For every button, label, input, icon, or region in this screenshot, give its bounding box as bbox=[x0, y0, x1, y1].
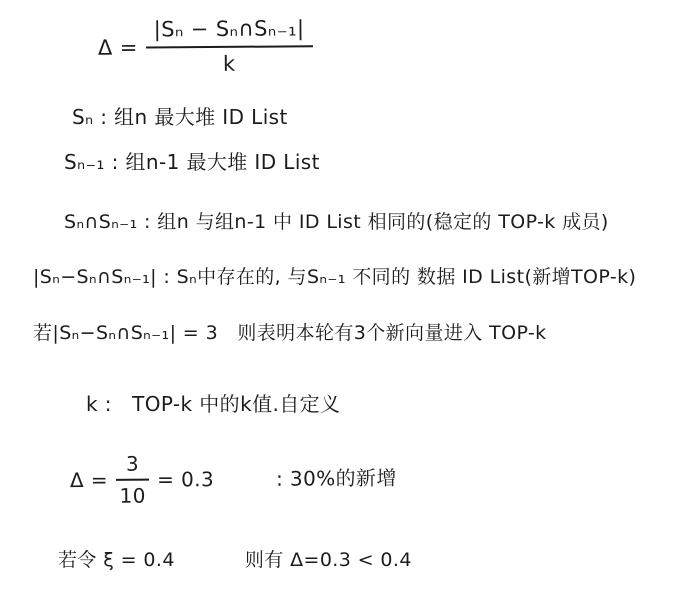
threshold-assumption: 若令 ξ = 0.4 bbox=[58, 548, 175, 573]
definition-k: k : TOP-k 中的k值.自定义 bbox=[86, 391, 340, 417]
handwritten-note-page: Δ = |Sₙ − Sₙ∩Sₙ₋₁| k Sₙ : 组n 最大堆 ID List… bbox=[0, 0, 689, 614]
example-lhs: Δ = bbox=[70, 467, 108, 493]
definition-sn-minus-1: Sₙ₋₁ : 组n-1 最大堆 ID List bbox=[64, 149, 320, 175]
definition-difference: |Sₙ−Sₙ∩Sₙ₋₁| : Sₙ中存在的, 与Sₙ₋₁ 不同的 数据 ID L… bbox=[33, 265, 636, 290]
example-calculation: Δ = 3 10 = 0.3 : 30%的新增 bbox=[70, 449, 397, 509]
definition-intersection: Sₙ∩Sₙ₋₁ : 组n 与组n-1 中 ID List 相同的(稳定的 TOP… bbox=[64, 210, 609, 235]
example-fraction: 3 10 bbox=[116, 451, 150, 509]
example-denominator: 10 bbox=[119, 481, 145, 509]
definition-sn: Sₙ : 组n 最大堆 ID List bbox=[72, 104, 288, 130]
formula-fraction: |Sₙ − Sₙ∩Sₙ₋₁| k bbox=[146, 15, 313, 79]
example-result: = 0.3 bbox=[157, 466, 214, 492]
example-annotation: : 30%的新增 bbox=[276, 465, 397, 492]
example-condition: 若|Sₙ−Sₙ∩Sₙ₋₁| = 3 则表明本轮有3个新向量进入 TOP-k bbox=[33, 321, 547, 346]
formula-denominator: k bbox=[223, 48, 236, 78]
threshold-result: 则有 Δ=0.3 < 0.4 bbox=[245, 548, 412, 573]
formula-lhs: Δ = bbox=[98, 34, 138, 62]
formula-numerator: |Sₙ − Sₙ∩Sₙ₋₁| bbox=[146, 15, 313, 48]
threshold-comparison: 若令 ξ = 0.4 则有 Δ=0.3 < 0.4 bbox=[58, 548, 412, 573]
example-numerator: 3 bbox=[116, 451, 149, 481]
formula-delta-definition: Δ = |Sₙ − Sₙ∩Sₙ₋₁| k bbox=[98, 15, 321, 79]
